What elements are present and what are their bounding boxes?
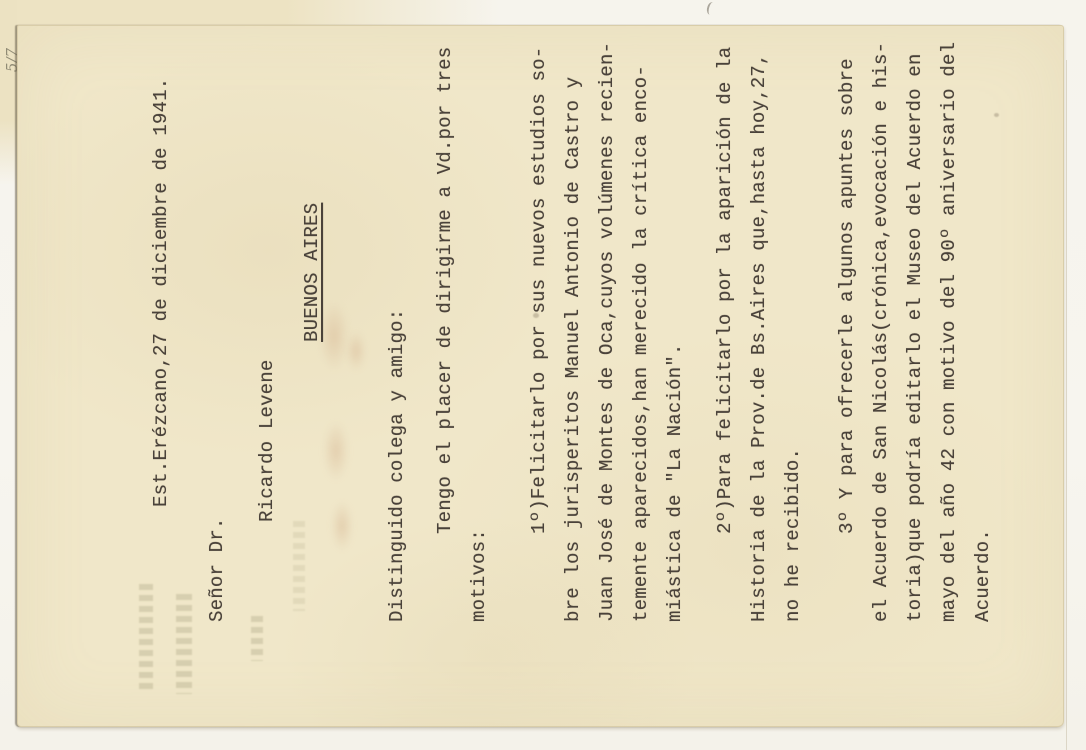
letter-content: Est.Erézcano,27 de diciembre de 1941. Se… bbox=[18, 26, 1064, 726]
letter-line: bre los jurisperitos Manuel Antonio de C… bbox=[556, 26, 590, 622]
letter-line: 2º)Para felicitarlo por la aparición de … bbox=[708, 26, 742, 534]
letter-line: Acuerdo. bbox=[966, 26, 1000, 622]
letter-line: Tengo el placer de dirigirme a Vd.por tr… bbox=[428, 26, 462, 534]
paragraph-2: 2º)Para felicitarlo por la aparición de … bbox=[708, 26, 810, 622]
scan-artifact-mark bbox=[706, 1, 718, 16]
letter-line: el Acuerdo de San Nicolás(crónica,evocac… bbox=[864, 26, 898, 622]
scan-crease-line bbox=[1066, 60, 1067, 750]
date-line: Est.Erézcano,27 de diciembre de 1941. bbox=[144, 26, 178, 507]
letter-line: temente aparecidos,han merecido la críti… bbox=[624, 26, 658, 622]
paragraph-intro: Tengo el placer de dirigirme a Vd.por tr… bbox=[428, 26, 496, 622]
letter-line: no he recibido. bbox=[776, 26, 810, 622]
under-sheet-left-edge bbox=[0, 0, 17, 185]
letter-line: miástica de "La Nación". bbox=[658, 26, 692, 622]
letter-paper: Est.Erézcano,27 de diciembre de 1941. Se… bbox=[17, 25, 1064, 727]
letter-line: 1º)Felicitarlo por sus nuevos estudios s… bbox=[522, 26, 556, 534]
letter-line: mayo del año 42 con motivo del 90º anive… bbox=[932, 26, 966, 622]
paragraph-3: 3º Y para ofrecerle algunos apuntes sobr… bbox=[830, 26, 1000, 622]
scan-background: 5/7 Est.Erézcano,27 de diciembre de 1941… bbox=[0, 0, 1086, 750]
under-sheet-top-edge bbox=[0, 0, 520, 27]
recipient-name: Ricardo Levene bbox=[250, 26, 284, 522]
letter-line: motivos: bbox=[462, 26, 496, 622]
salutation: Distinguido colega y amigo: bbox=[380, 26, 414, 622]
paragraph-1: 1º)Felicitarlo por sus nuevos estudios s… bbox=[522, 26, 692, 622]
letter-line: Juan José de Montes de Oca,cuyos volúmen… bbox=[590, 26, 624, 622]
letter-line: toria)que podría editarlo el Museo del A… bbox=[898, 26, 932, 622]
recipient-city: BUENOS AIRES bbox=[295, 26, 329, 342]
letter-line: 3º Y para ofrecerle algunos apuntes sobr… bbox=[830, 26, 864, 534]
recipient-title: Señor Dr. bbox=[200, 26, 234, 622]
letter-line: Historia de la Prov.de Bs.Aires que,hast… bbox=[742, 26, 776, 622]
